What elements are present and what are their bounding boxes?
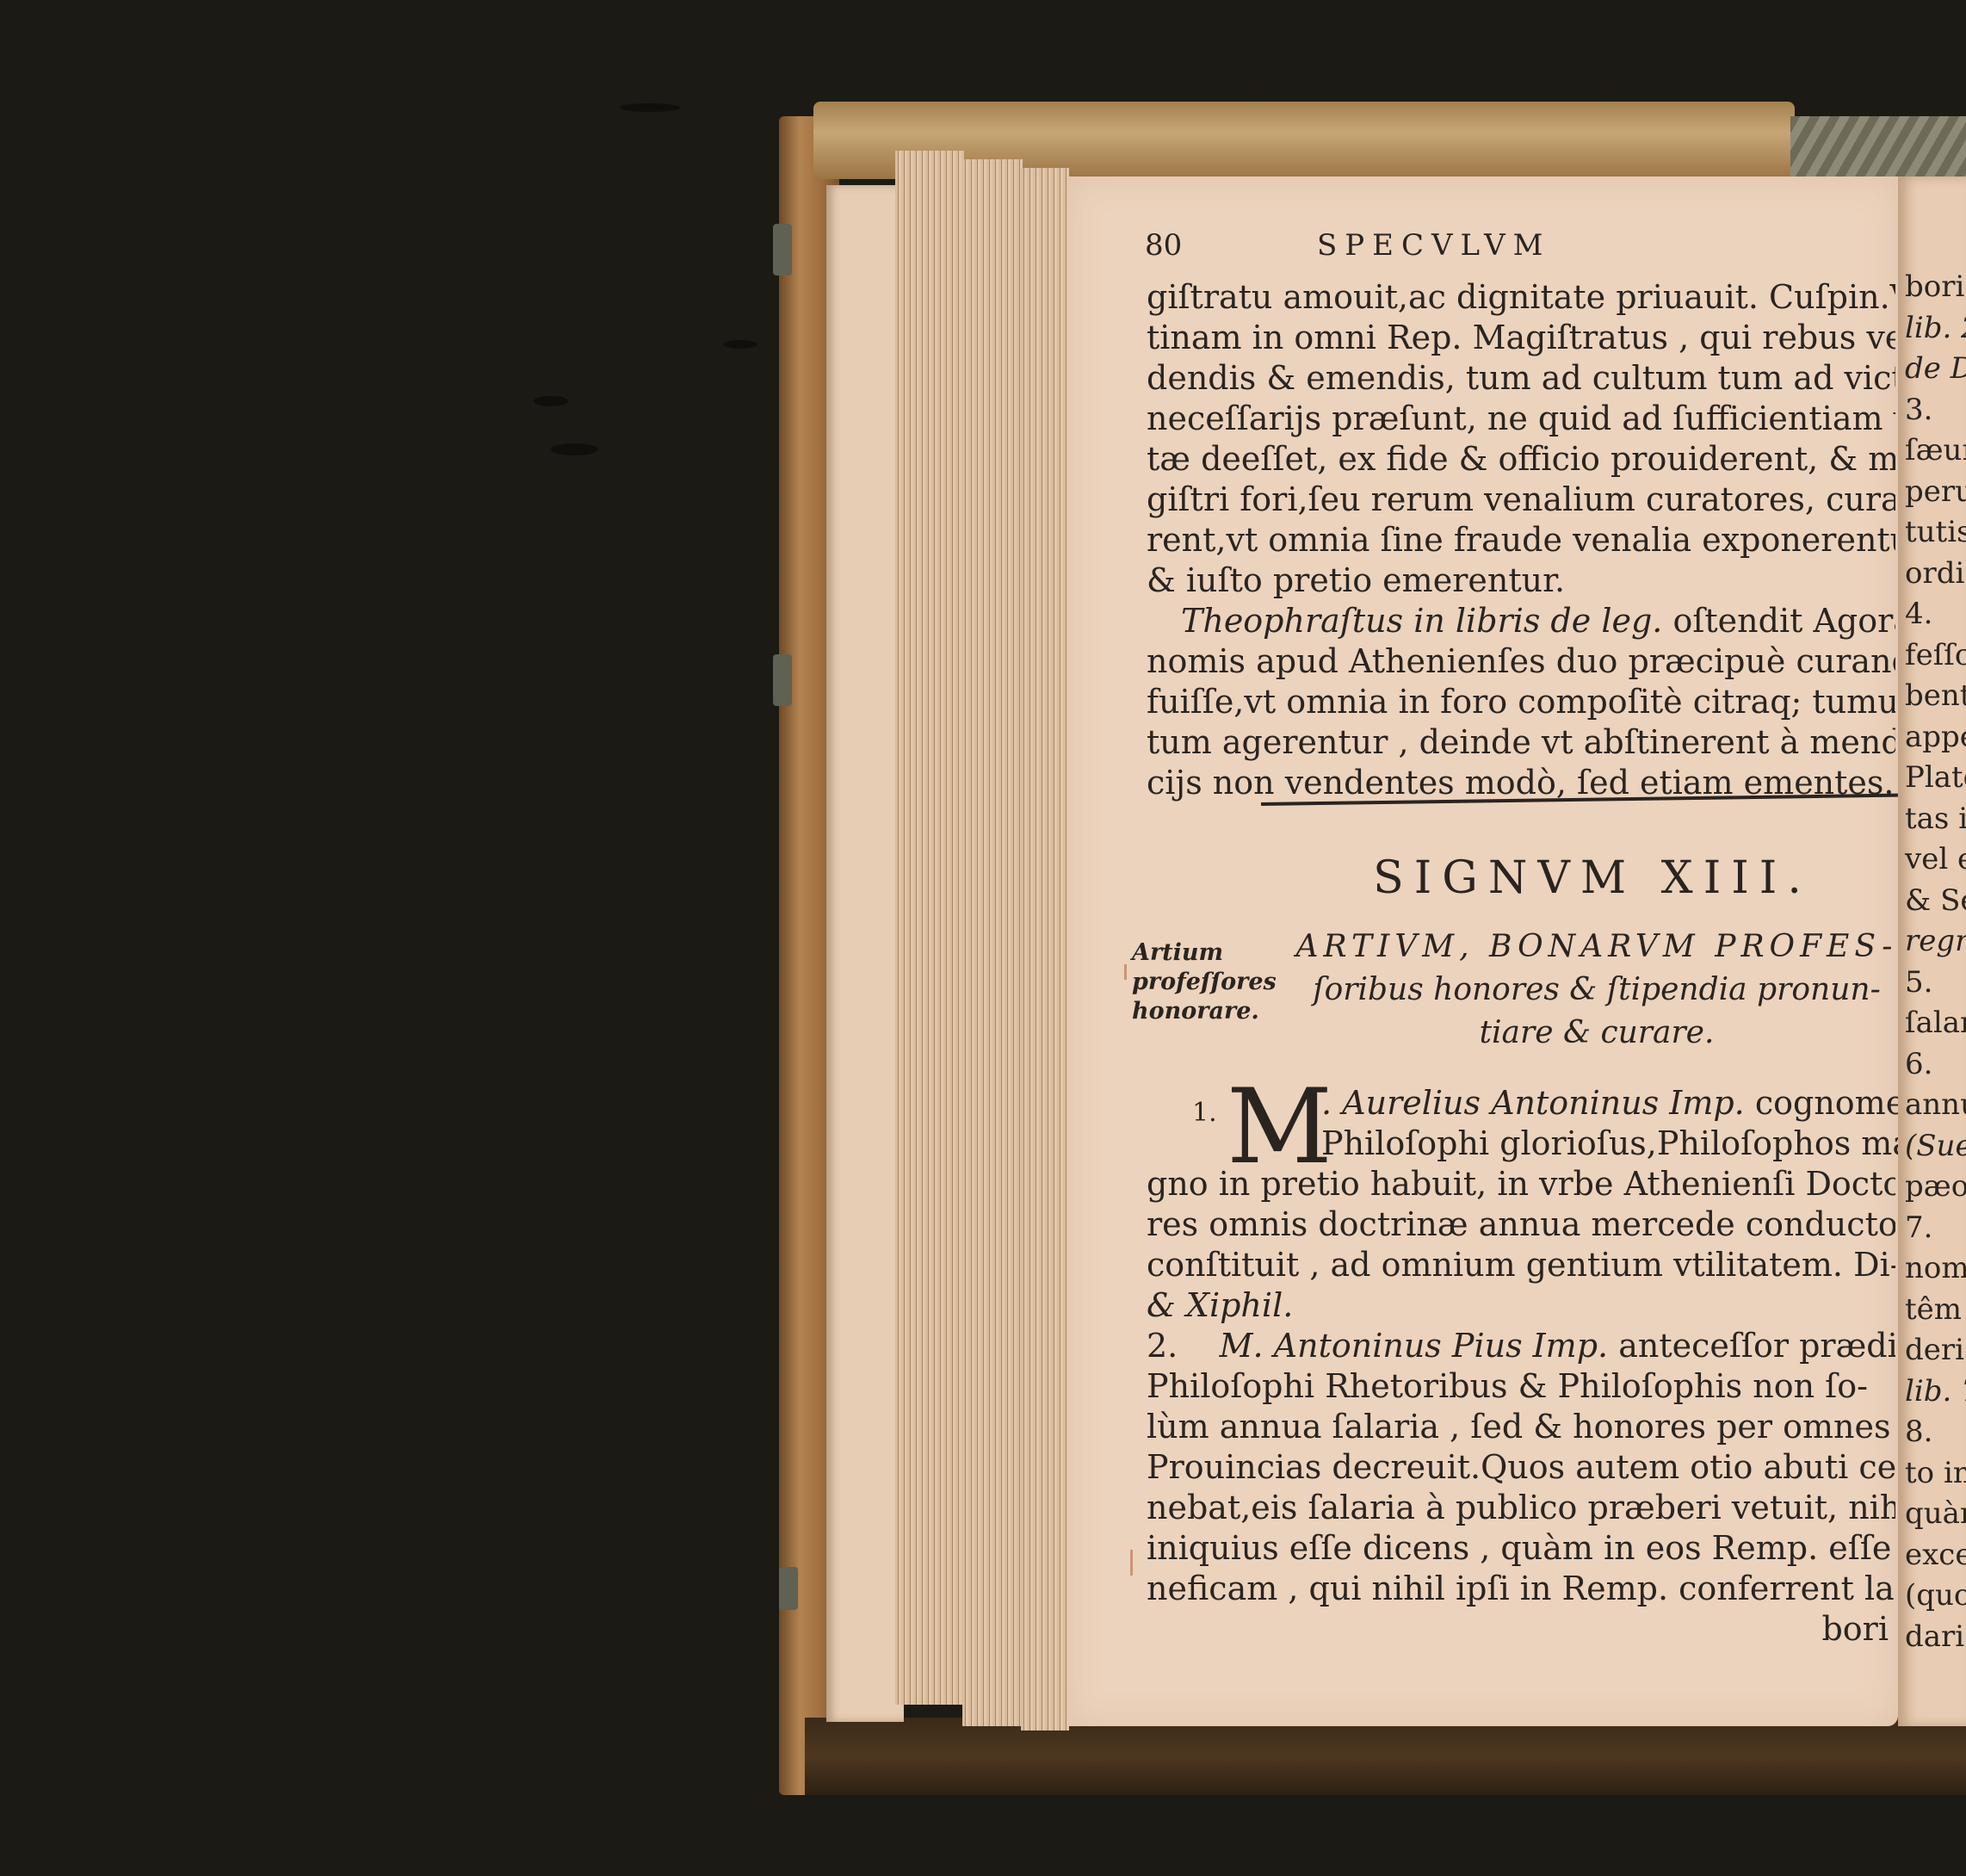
page-edge-stack — [895, 151, 964, 1705]
item-1-text: . Aurelius Antoninus Imp. cognomento Phi… — [1321, 1083, 1898, 1164]
book-cover-bottom-edge — [805, 1718, 1966, 1795]
text-line: nomis apud Athenienſes duo præcipuè cura… — [1147, 641, 1895, 682]
emperor-name: M. Antoninus Pius Imp. — [1220, 1327, 1609, 1365]
marginal-note-line: honorare. — [1132, 997, 1270, 1026]
text-fragment: tas il — [1905, 799, 1966, 840]
subheading-caps: ARTIVM, BONARVM PROFES- — [1295, 926, 1898, 969]
text-fragment: tutis — [1905, 512, 1966, 554]
text-fragment: (quo — [1905, 1576, 1966, 1617]
text-line: dendis & emendis, tum ad cultum tum ad v… — [1147, 358, 1895, 399]
text-span: oſtendit Agora- — [1662, 602, 1895, 640]
page-number: 80 — [1145, 228, 1182, 263]
emperor-name: . Aurelius Antoninus Imp. — [1321, 1084, 1745, 1122]
background-mark — [534, 396, 568, 406]
text-line: conſtituit , ad omnium gentium vtilitate… — [1147, 1245, 1895, 1285]
text-line: Prouincias decreuit.Quos autem otio abut… — [1147, 1447, 1895, 1488]
text-fragment: 6. — [1905, 1044, 1966, 1086]
catchword: bori — [1147, 1609, 1895, 1650]
text-line: iniquius eſſe dicens , quàm in eos Remp.… — [1147, 1528, 1895, 1569]
text-line: nebat,eis ſalaria à publico præberi vetu… — [1147, 1488, 1895, 1528]
text-fragment: pæos — [1905, 1167, 1966, 1208]
text-line: & iuſto pretio emerentur. — [1147, 560, 1895, 601]
text-line: tæ deeſſet, ex fide & officio prouideren… — [1147, 439, 1895, 480]
clasp-icon — [773, 224, 792, 276]
text-line: rent,vt omnia ſine fraude venalia expone… — [1147, 520, 1895, 560]
background-mark — [620, 103, 680, 112]
text-fragment: dari e — [1905, 1617, 1966, 1658]
text-fragment: peru — [1905, 472, 1966, 513]
flyleaf — [826, 185, 904, 1722]
clasp-icon — [779, 1567, 798, 1610]
subheading-line: ſoribus honores & ſtipendia pronun- — [1295, 969, 1898, 1012]
book-headband — [1790, 116, 1966, 185]
text-line: res omnis doctrinæ annua mercede conduct… — [1147, 1204, 1895, 1245]
text-fragment: bent — [1905, 676, 1966, 717]
item-number: 2. — [1147, 1327, 1178, 1365]
text-fragment: annu — [1905, 1085, 1966, 1126]
text-fragment: ordi — [1905, 554, 1966, 595]
text-fragment: têm i — [1905, 1290, 1966, 1331]
facing-page-text: boris lib. 2 de D 3. ſæun peru tutis ord… — [1905, 267, 1966, 1657]
text-fragment: boris — [1905, 267, 1966, 308]
text-fragment: nomi — [1905, 1248, 1966, 1290]
text-fragment: ſæun — [1905, 430, 1966, 472]
text-line: tum agerentur , deinde vt abſtinerent à … — [1147, 722, 1895, 763]
text-fragment: 3. — [1905, 390, 1966, 431]
text-line: 2. M. Antoninus Pius Imp. anteceſſor præ… — [1147, 1326, 1895, 1366]
text-line: Philoſophi glorioſus,Philoſophos ma- — [1321, 1124, 1898, 1164]
text-fragment: lib. 2 — [1905, 308, 1966, 350]
marginal-note: Artium profeſſores honorare. — [1132, 938, 1270, 1026]
text-fragment: 8. — [1905, 1412, 1966, 1453]
marginal-note-line: profeſſores — [1132, 968, 1270, 997]
text-fragment: ſalar — [1905, 1003, 1966, 1044]
author-citation: Theophraſtus in libris de leg. — [1181, 602, 1662, 640]
text-line: . Aurelius Antoninus Imp. cognomento — [1321, 1083, 1898, 1124]
paper-fiber — [1124, 964, 1127, 980]
text-line: fuiſſe,vt omnia in foro compoſitè citraq… — [1147, 682, 1895, 722]
text-fragment: 7. — [1905, 1208, 1966, 1249]
text-line: Theophraſtus in libris de leg. oſtendit … — [1147, 601, 1895, 641]
item-2-text: 2. M. Antoninus Pius Imp. anteceſſor præ… — [1147, 1326, 1895, 1650]
text-fragment: quàm — [1905, 1494, 1966, 1535]
text-span: anteceſſor prædicti — [1608, 1327, 1895, 1365]
text-fragment: appe — [1905, 717, 1966, 758]
text-line: giſtratu amouit,ac dignitate priuauit. C… — [1147, 277, 1895, 318]
text-line: gno in pretio habuit, in vrbe Athenienſi… — [1147, 1164, 1895, 1204]
paper-fiber — [1130, 1550, 1133, 1576]
text-span: cognomento — [1745, 1084, 1898, 1122]
page-edge-stack — [1021, 168, 1069, 1731]
text-line: Philoſophi Rhetoribus & Philoſophis non … — [1147, 1366, 1895, 1407]
page-edge-stack — [962, 159, 1023, 1726]
paragraph-2: Theophraſtus in libris de leg. oſtendit … — [1147, 601, 1895, 803]
text-line: giſtri fori,ſeu rerum venalium curatores… — [1147, 480, 1895, 520]
text-fragment: deris — [1905, 1330, 1966, 1371]
text-fragment: (Suet — [1905, 1126, 1966, 1167]
citation: & Xiphil. — [1147, 1285, 1895, 1326]
running-head: 80 SPECVLVM — [1145, 228, 1885, 271]
text-fragment: 4. — [1905, 594, 1966, 635]
paragraph-1: giſtratu amouit,ac dignitate priuauit. C… — [1147, 277, 1895, 601]
text-line: lùm annua ſalaria , ſed & honores per om… — [1147, 1407, 1895, 1447]
text-fragment: vel e — [1905, 839, 1966, 881]
subheading-line: tiare & curare. — [1295, 1012, 1898, 1055]
clasp-icon — [773, 654, 792, 706]
text-line: tinam in omni Rep. Magiſtratus , qui reb… — [1147, 318, 1895, 358]
running-title: SPECVLVM — [1317, 228, 1550, 263]
drop-cap: M — [1227, 1080, 1332, 1175]
text-fragment: feſſo — [1905, 635, 1966, 677]
section-subheading: ARTIVM, BONARVM PROFES- ſoribus honores … — [1295, 926, 1898, 1055]
background-mark — [723, 340, 757, 349]
section-heading: SIGNVM XIII. — [1291, 852, 1894, 904]
text-fragment: & Se — [1905, 881, 1966, 922]
text-fragment: de D — [1905, 349, 1966, 390]
text-fragment: lib. 7 — [1905, 1371, 1966, 1413]
text-fragment: to in — [1905, 1453, 1966, 1495]
text-line: neficam , qui nihil ipſi in Remp. confer… — [1147, 1569, 1895, 1609]
text-fragment: excel — [1905, 1535, 1966, 1576]
item-number: 1. — [1192, 1098, 1217, 1128]
text-fragment: regn — [1905, 921, 1966, 963]
text-line: neceſſarijs præſunt, ne quid ad ſufficie… — [1147, 399, 1895, 439]
marginal-note-line: Artium — [1132, 938, 1270, 968]
background-mark — [551, 443, 598, 455]
text-fragment: Plato — [1905, 758, 1966, 799]
text-fragment: 5. — [1905, 963, 1966, 1004]
item-1-text-cont: gno in pretio habuit, in vrbe Athenienſi… — [1147, 1164, 1895, 1326]
